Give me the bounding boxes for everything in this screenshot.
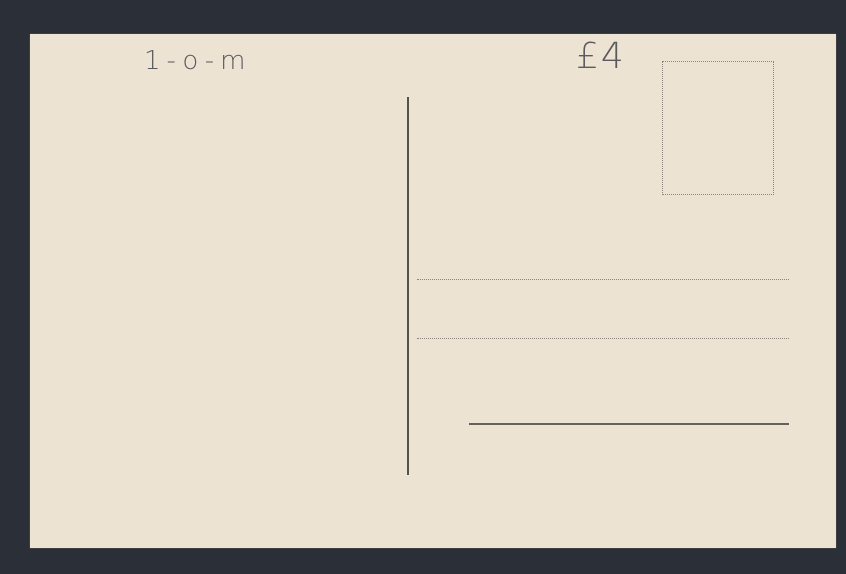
postcard-back: 1-o-m £4 [30,34,836,548]
address-line-3 [469,423,789,425]
center-divider-line [407,97,409,475]
address-line-2 [417,338,789,339]
stamp-box [662,61,774,195]
address-line-1 [417,279,789,280]
handwritten-note: 1-o-m [144,46,252,76]
handwritten-price: £4 [576,36,626,77]
